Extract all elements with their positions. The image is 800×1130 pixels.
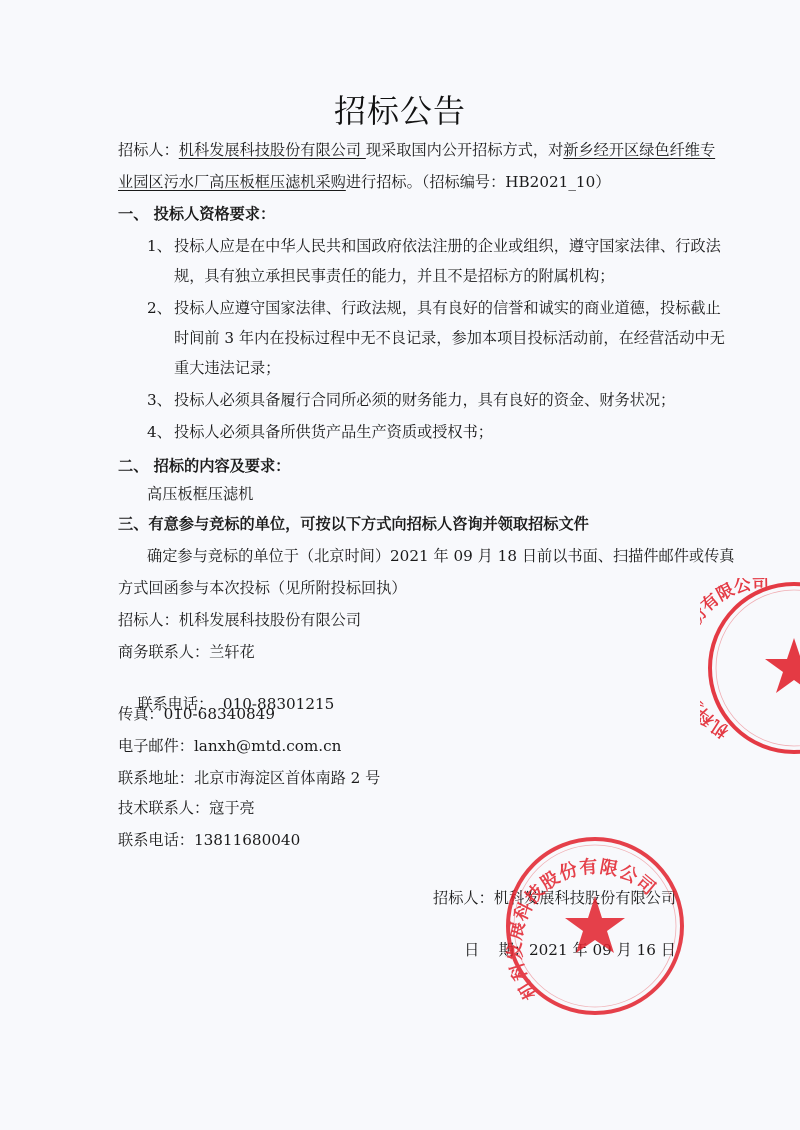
intro-text-b: 进行招标。（招标编号：HB2021_10） bbox=[346, 173, 611, 191]
signature-issuer-label: 招标人： bbox=[433, 889, 494, 907]
item2-line2: 时间前 3 年内在投标过程中无不良记录，参加本项目投标活动前，在经营活动中无 bbox=[174, 328, 725, 348]
signature-date: 日 期：2021 年 09 月 16 日 bbox=[445, 920, 676, 980]
item4-line1: 投标人必须具备所供货产品生产资质或授权书； bbox=[174, 422, 493, 442]
contact-email: 电子邮件：lanxh@mtd.com.cn bbox=[118, 736, 341, 756]
contact-tenderer: 招标人：机科发展科技股份有限公司 bbox=[118, 610, 361, 630]
contact-business-person: 商务联系人：兰轩花 bbox=[118, 642, 255, 662]
contact-technical-person: 技术联系人：寇于亮 bbox=[118, 798, 255, 818]
intro-line-1: 招标人：机科发展科技股份有限公司 现采取国内公开招标方式，对新乡经开区绿色纤维专 bbox=[118, 140, 715, 160]
tenderer-label: 招标人： bbox=[118, 141, 179, 159]
signature-issuer-name: 机科发展科技股份有限公司 bbox=[494, 889, 676, 907]
contact-value: 010-68340849 bbox=[164, 705, 275, 723]
company-seal-partial: 机科发展科技股份有限公司 bbox=[700, 578, 800, 760]
item1-line2: 规，具有独立承担民事责任的能力，并且不是招标方的附属机构； bbox=[174, 266, 614, 286]
contact-label: 电子邮件： bbox=[118, 737, 194, 755]
contact-address: 联系地址：北京市海淀区首体南路 2 号 bbox=[118, 768, 380, 788]
section3-para-line2: 方式回函参与本次投标（见所附投标回执） bbox=[118, 578, 407, 598]
contact-value: 北京市海淀区首体南路 2 号 bbox=[194, 769, 380, 787]
section3-heading: 三、有意参与竞标的单位，可按以下方式向招标人咨询并领取招标文件 bbox=[118, 514, 589, 534]
section3-para-line1: 确定参与竞标的单位于（北京时间）2021 年 09 月 18 日前以书面、扫描件… bbox=[147, 546, 734, 566]
section2-content: 高压板框压滤机 bbox=[147, 484, 253, 504]
contact-value: 机科发展科技股份有限公司 bbox=[179, 611, 361, 629]
project-name-part2: 业园区污水厂高压板框压滤机采购 bbox=[118, 173, 346, 191]
contact-label: 招标人： bbox=[118, 611, 179, 629]
item2-number: 2、 bbox=[147, 298, 172, 318]
star-icon bbox=[765, 638, 800, 693]
contact-value: 兰轩花 bbox=[209, 643, 255, 661]
contact-value: 寇于亮 bbox=[209, 799, 255, 817]
contact-label: 商务联系人： bbox=[118, 643, 209, 661]
seal-text: 机科发展科技股份有限公司 bbox=[700, 578, 769, 742]
item4-number: 4、 bbox=[147, 422, 172, 442]
contact-technical-phone: 联系电话：13811680040 bbox=[118, 830, 300, 850]
contact-label: 联系地址： bbox=[118, 769, 194, 787]
intro-text-a: 现采取国内公开招标方式，对 bbox=[366, 141, 563, 159]
contact-fax: 传真：010-68340849 bbox=[118, 704, 275, 724]
section1-heading: 一、 投标人资格要求： bbox=[118, 204, 275, 224]
signature-date-value: 2021 年 09 月 16 日 bbox=[529, 941, 676, 959]
item1-number: 1、 bbox=[147, 236, 172, 256]
svg-text:机科发展科技股份有限公司: 机科发展科技股份有限公司 bbox=[700, 578, 769, 742]
signature-issuer: 招标人：机科发展科技股份有限公司 bbox=[433, 888, 676, 908]
item3-line1: 投标人必须具备履行合同所必须的财务能力，具有良好的资金、财务状况； bbox=[174, 390, 675, 410]
contact-label: 传真： bbox=[118, 705, 164, 723]
section2-heading: 二、 招标的内容及要求： bbox=[118, 456, 290, 476]
contact-label: 技术联系人： bbox=[118, 799, 209, 817]
contact-label: 联系电话： bbox=[118, 831, 194, 849]
signature-date-label: 日 期： bbox=[464, 941, 529, 959]
page-title: 招标公告 bbox=[0, 86, 800, 132]
contact-email-link[interactable]: lanxh@mtd.com.cn bbox=[194, 737, 341, 755]
project-name-part1: 新乡经开区绿色纤维专 bbox=[563, 141, 715, 159]
contact-value: 13811680040 bbox=[194, 831, 300, 849]
announcement-page: 招标公告 招标人：机科发展科技股份有限公司 现采取国内公开招标方式，对新乡经开区… bbox=[0, 0, 800, 1130]
tenderer-company: 机科发展科技股份有限公司 bbox=[179, 141, 366, 159]
item1-line1: 投标人应是在中华人民共和国政府依法注册的企业或组织，遵守国家法律、行政法 bbox=[174, 236, 721, 256]
item3-number: 3、 bbox=[147, 390, 172, 410]
intro-line-2: 业园区污水厂高压板框压滤机采购进行招标。（招标编号：HB2021_10） bbox=[118, 172, 610, 192]
item2-line3: 重大违法记录； bbox=[174, 358, 280, 378]
item2-line1: 投标人应遵守国家法律、行政法规，具有良好的信誉和诚实的商业道德，投标截止 bbox=[174, 298, 721, 318]
